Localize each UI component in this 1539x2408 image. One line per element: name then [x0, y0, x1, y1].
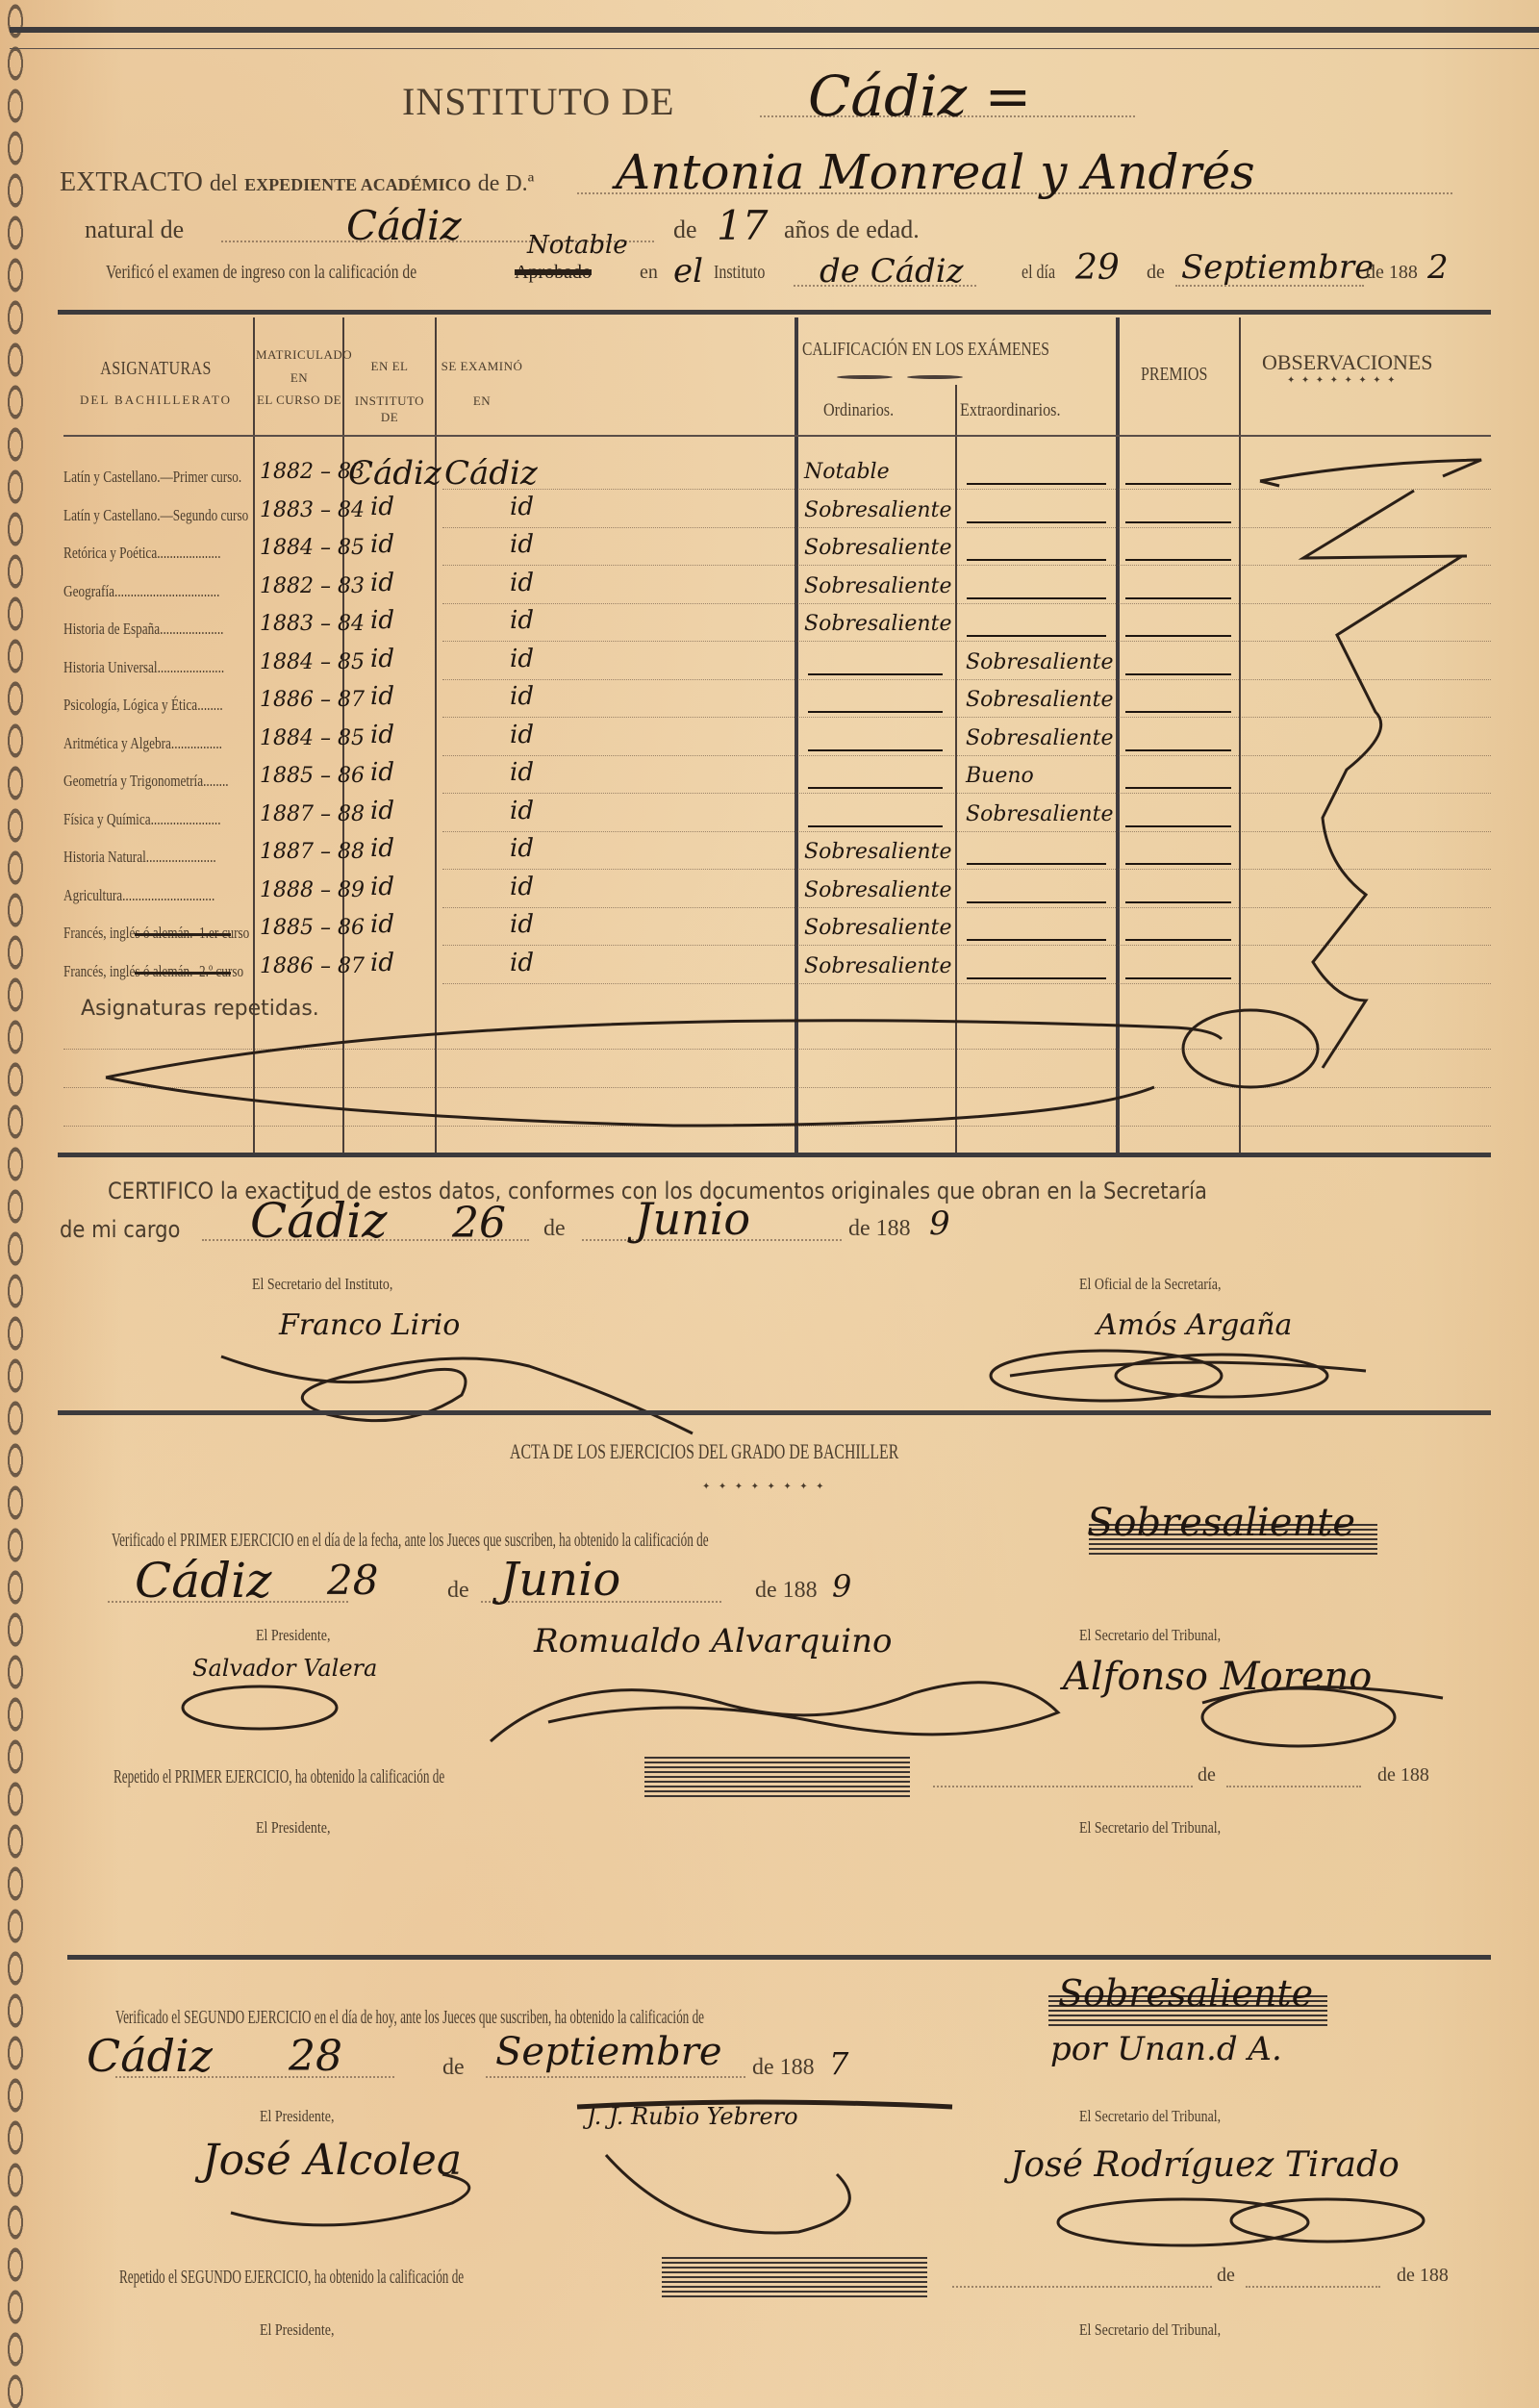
second-year-suffix: 7 — [829, 2045, 848, 2082]
first-exercise-text: Verificado el PRIMER EJERCICIO en el día… — [112, 1530, 709, 1552]
second-de: de — [442, 2055, 465, 2081]
first-month: Junio — [500, 1553, 620, 1607]
acta-top-rule — [58, 1410, 1491, 1415]
second-exercise-text: Verificado el SEGUNDO EJERCICIO en el dí… — [115, 2007, 704, 2029]
examined-header-2: EN — [437, 393, 527, 410]
entrance-year-suffix: 2 — [1427, 248, 1449, 287]
observations-ornament: ✦ ✦ ✦ ✦ ✦ ✦ ✦ ✦ — [1287, 375, 1398, 386]
second-repeat-year: de 188 — [1397, 2265, 1449, 2287]
institute-header-1: EN EL — [344, 358, 435, 375]
second-signature-flourishes — [221, 2097, 991, 2242]
age-value: 17 — [717, 202, 768, 249]
age-prefix: de — [673, 215, 697, 244]
second-day: 28 — [289, 2032, 342, 2081]
col-header-institute: EN EL INSTITUTO DE — [344, 358, 435, 426]
entrance-el: el — [673, 252, 703, 291]
first-repeat-date-dotline — [933, 1786, 1193, 1787]
extract-de-da: de D.ª — [478, 171, 535, 196]
entrance-place: de Cádiz — [820, 252, 964, 291]
second-place: Cádiz — [87, 2030, 213, 2082]
grades-brace-right — [907, 375, 963, 379]
col-header-ordinary: Ordinarios. — [823, 400, 894, 421]
first-exercise-grade: Sobresaliente — [1087, 1501, 1355, 1545]
second-exercise-grade: Sobresaliente — [1058, 1972, 1313, 2015]
table-top-rule — [58, 310, 1491, 315]
entrance-label: Verificó el examen de ingreso con la cal… — [106, 262, 416, 284]
decorative-braid-border — [6, 0, 25, 2408]
second-month-dotline — [486, 2076, 745, 2078]
first-repeat-text: Repetido el PRIMER EJERCICIO, ha obtenid… — [114, 1766, 444, 1788]
secretary-institute-label: El Secretario del Instituto, — [252, 1275, 392, 1294]
second-repeat-hatch — [662, 2257, 927, 2297]
second-secretary-signature: José Rodríguez Tirado — [1010, 2145, 1400, 2185]
col-header-awards: PREMIOS — [1141, 364, 1207, 386]
col-header-enrolled: MATRICULADO EN EL CURSO DE — [256, 346, 342, 409]
second-grade-note: por Unan.d A. — [1050, 2030, 1282, 2068]
entrance-month: Septiembre — [1181, 248, 1374, 287]
institute-label: INSTITUTO DE — [402, 79, 674, 124]
enrolled-header-3: EL CURSO DE — [256, 392, 342, 409]
first-secretary-label: El Secretario del Tribunal, — [1079, 1626, 1221, 1645]
certification-text-2: de mi cargo — [60, 1216, 180, 1243]
acta-ornament: ✦ ✦ ✦ ✦ ✦ ✦ ✦ ✦ — [702, 1482, 827, 1492]
entrance-day-label: el día — [1022, 262, 1055, 284]
first-repeat-president-label: El Presidente, — [256, 1818, 330, 1838]
col-header-observations: OBSERVACIONES — [1262, 350, 1433, 375]
second-repeat-month-dotline — [1246, 2286, 1380, 2288]
top-rule-thin — [10, 48, 1539, 49]
expediente-label: EXPEDIENTE ACADÉMICO — [244, 175, 471, 194]
official-label: El Oficial de la Secretaría, — [1079, 1275, 1221, 1294]
col-header-subjects: ASIGNATURAS DEL BACHILLERATO — [62, 356, 250, 409]
enrolled-header-1: MATRICULADO — [256, 346, 342, 364]
second-month: Septiembre — [495, 2030, 722, 2074]
age-suffix: años de edad. — [784, 215, 920, 244]
first-repeat-secretary-label: El Secretario del Tribunal, — [1079, 1818, 1221, 1838]
first-year-suffix: 9 — [832, 1568, 851, 1605]
natural-label: natural de — [85, 215, 184, 244]
cert-de: de — [543, 1216, 566, 1242]
extract-line: EXTRACTO del EXPEDIENTE ACADÉMICO de D.ª — [60, 167, 534, 198]
cert-place: Cádiz — [250, 1193, 387, 1249]
cert-year-prefix: de 188 — [848, 1216, 911, 1242]
official-flourish — [981, 1342, 1385, 1409]
second-secretary-label: El Secretario del Tribunal, — [1079, 2107, 1221, 2126]
examined-header-1: SE EXAMINÓ — [437, 358, 527, 375]
acta-title: ACTA DE LOS EJERCICIOS DEL GRADO DE BACH… — [510, 1439, 898, 1464]
entrance-day: 29 — [1075, 248, 1120, 288]
top-rule — [10, 27, 1539, 33]
second-repeat-text: Repetido el SEGUNDO EJERCICIO, ha obteni… — [119, 2267, 464, 2289]
subjects-header-2: DEL BACHILLERATO — [62, 392, 250, 409]
second-secretary-flourish — [1039, 2184, 1481, 2261]
col-header-grades-group: CALIFICACIÓN EN LOS EXÁMENES — [802, 339, 1049, 361]
cancel-strokes — [0, 423, 1539, 1154]
second-repeat-secretary-label: El Secretario del Tribunal, — [1079, 2320, 1221, 2340]
first-day: 28 — [327, 1557, 378, 1604]
first-de: de — [447, 1578, 469, 1604]
second-exercise-rule — [67, 1955, 1491, 1960]
col-header-examined: SE EXAMINÓ EN — [437, 358, 795, 409]
second-repeat-date-dotline — [952, 2286, 1212, 2288]
first-repeat-de: de — [1198, 1764, 1216, 1787]
enrolled-header-2: EN — [256, 369, 342, 387]
student-name: Antonia Monreal y Andrés — [616, 144, 1255, 200]
entrance-grade: Notable — [527, 231, 628, 260]
col-header-extraordinary: Extraordinarios. — [960, 400, 1060, 421]
first-place: Cádiz — [135, 1553, 271, 1609]
institute-header-2: INSTITUTO DE — [344, 393, 435, 426]
grades-brace-left — [837, 375, 893, 379]
official-signature: Amós Argaña — [1097, 1308, 1292, 1342]
second-repeat-president-label: El Presidente, — [260, 2320, 334, 2340]
first-year-prefix: de 188 — [755, 1578, 818, 1604]
entrance-en: en — [640, 262, 658, 284]
first-president-label: El Presidente, — [256, 1626, 330, 1645]
natural-value: Cádiz — [346, 202, 462, 249]
first-signature-flourishes — [144, 1664, 1491, 1751]
entrance-year-prefix: de 188 — [1366, 262, 1418, 284]
extract-del: del — [210, 171, 238, 196]
extract-label: EXTRACTO — [60, 167, 203, 197]
subjects-header-1: ASIGNATURAS — [81, 356, 232, 382]
first-repeat-year: de 188 — [1377, 1764, 1429, 1787]
cert-month: Junio — [635, 1193, 750, 1245]
entrance-de: de — [1147, 262, 1165, 284]
institute-value: Cádiz = — [808, 63, 1031, 129]
first-repeat-month-dotline — [1226, 1786, 1361, 1787]
table-bottom-rule — [58, 1153, 1491, 1157]
first-judge-signature: Romualdo Alvarquino — [534, 1622, 892, 1660]
entrance-instituto: Instituto — [714, 262, 765, 284]
cert-year-suffix: 9 — [929, 1204, 950, 1243]
second-year-prefix: de 188 — [752, 2055, 815, 2081]
first-repeat-hatch — [644, 1757, 910, 1797]
secretary-flourish — [212, 1337, 731, 1443]
entrance-grade-struck: Aprobado — [515, 262, 592, 284]
cert-day: 26 — [452, 1199, 506, 1248]
second-repeat-de: de — [1217, 2265, 1235, 2287]
